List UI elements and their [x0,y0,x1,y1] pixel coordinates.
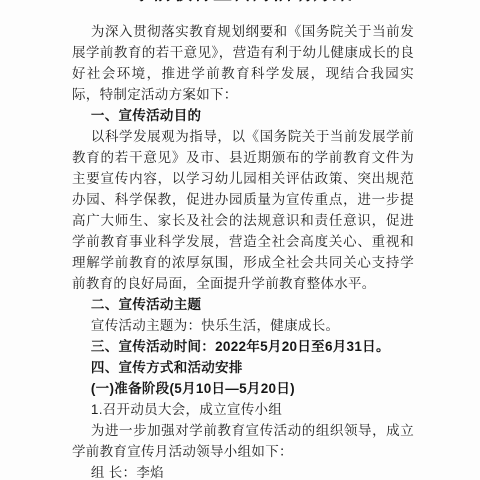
section-1-paragraph: 以科学发展观为指导，以《国务院关于当前发展学前教育的若干意见》及市、县近期颁布的… [72,126,414,294]
intro-paragraph: 为深入贯彻落实教育规划纲要和《国务院关于当前发展学前教育的若干意见》，营造有利于… [72,21,414,105]
document-title: 学前教育宣传月活动方案 [72,0,414,7]
phase-1-heading: (一)准备阶段(5月10日—5月20日) [72,378,414,399]
section-2-heading: 二、宣传活动主题 [72,294,414,315]
document-body: 学前教育宣传月活动方案 为深入贯彻落实教育规划纲要和《国务院关于当前发展学前教育… [0,0,480,480]
section-2-theme-line: 宣传活动主题为：快乐生活，健康成长。 [72,315,414,336]
leading-group-paragraph: 为进一步加强对学前教育宣传活动的组织领导，成立学前教育宣传月活动领导小组如下： [72,420,414,462]
section-4-heading: 四、宣传方式和活动安排 [72,357,414,378]
section-1-heading: 一、宣传活动目的 [72,105,414,126]
group-leader-line: 组 长：李焰 [72,462,414,480]
document-page: 学前教育宣传月活动方案 为深入贯彻落实教育规划纲要和《国务院关于当前发展学前教育… [0,0,480,480]
item-1-line: 1.召开动员大会，成立宣传小组 [72,399,414,420]
section-3-heading: 三、宣传活动时间：2022年5月20日至6月31日。 [72,336,414,357]
